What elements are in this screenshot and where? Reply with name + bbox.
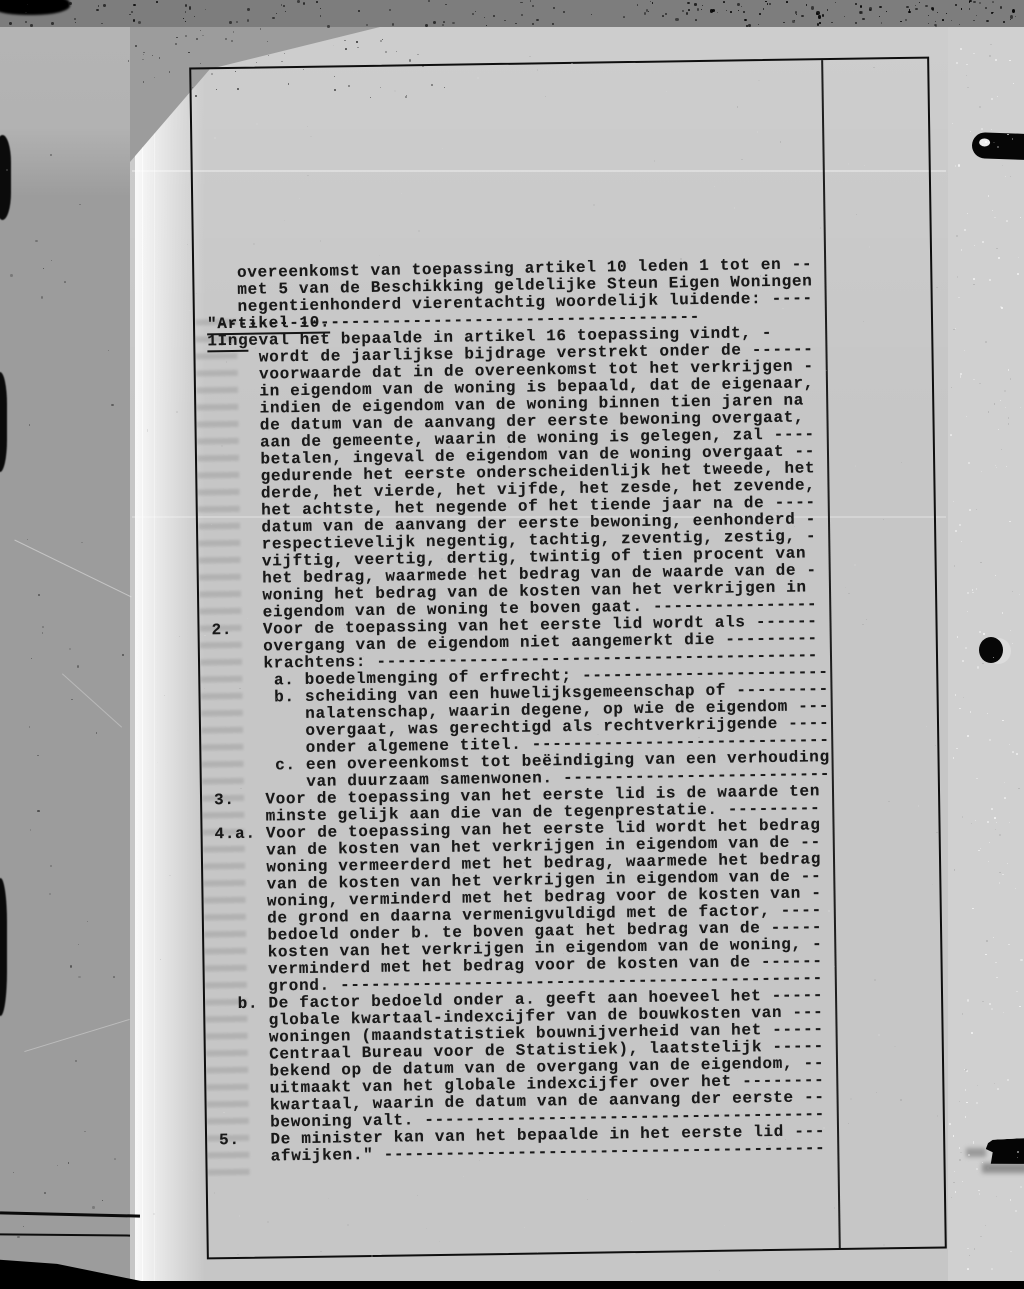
- scanned-document-screen: overeenkomst van toepassing artikel 10 l…: [0, 0, 1024, 1289]
- punch-hole: [979, 636, 1011, 666]
- punch-hole-shadow: [979, 637, 1003, 663]
- page-edge-line: [142, 27, 143, 1284]
- scanner-edge-strip: [0, 0, 1024, 27]
- scan-blotch: [0, 878, 7, 1016]
- scan-blotch: [0, 135, 11, 220]
- scanner-edge-strip-bottom: [0, 1281, 1024, 1289]
- scan-blotch: [0, 0, 70, 15]
- page-edge-line: [154, 27, 155, 1284]
- typewritten-text: overeenkomst van toepassing artikel 10 l…: [206, 256, 836, 1166]
- page-border-frame: overeenkomst van toepassing artikel 10 l…: [189, 57, 947, 1260]
- scanner-background-left: [0, 27, 130, 1289]
